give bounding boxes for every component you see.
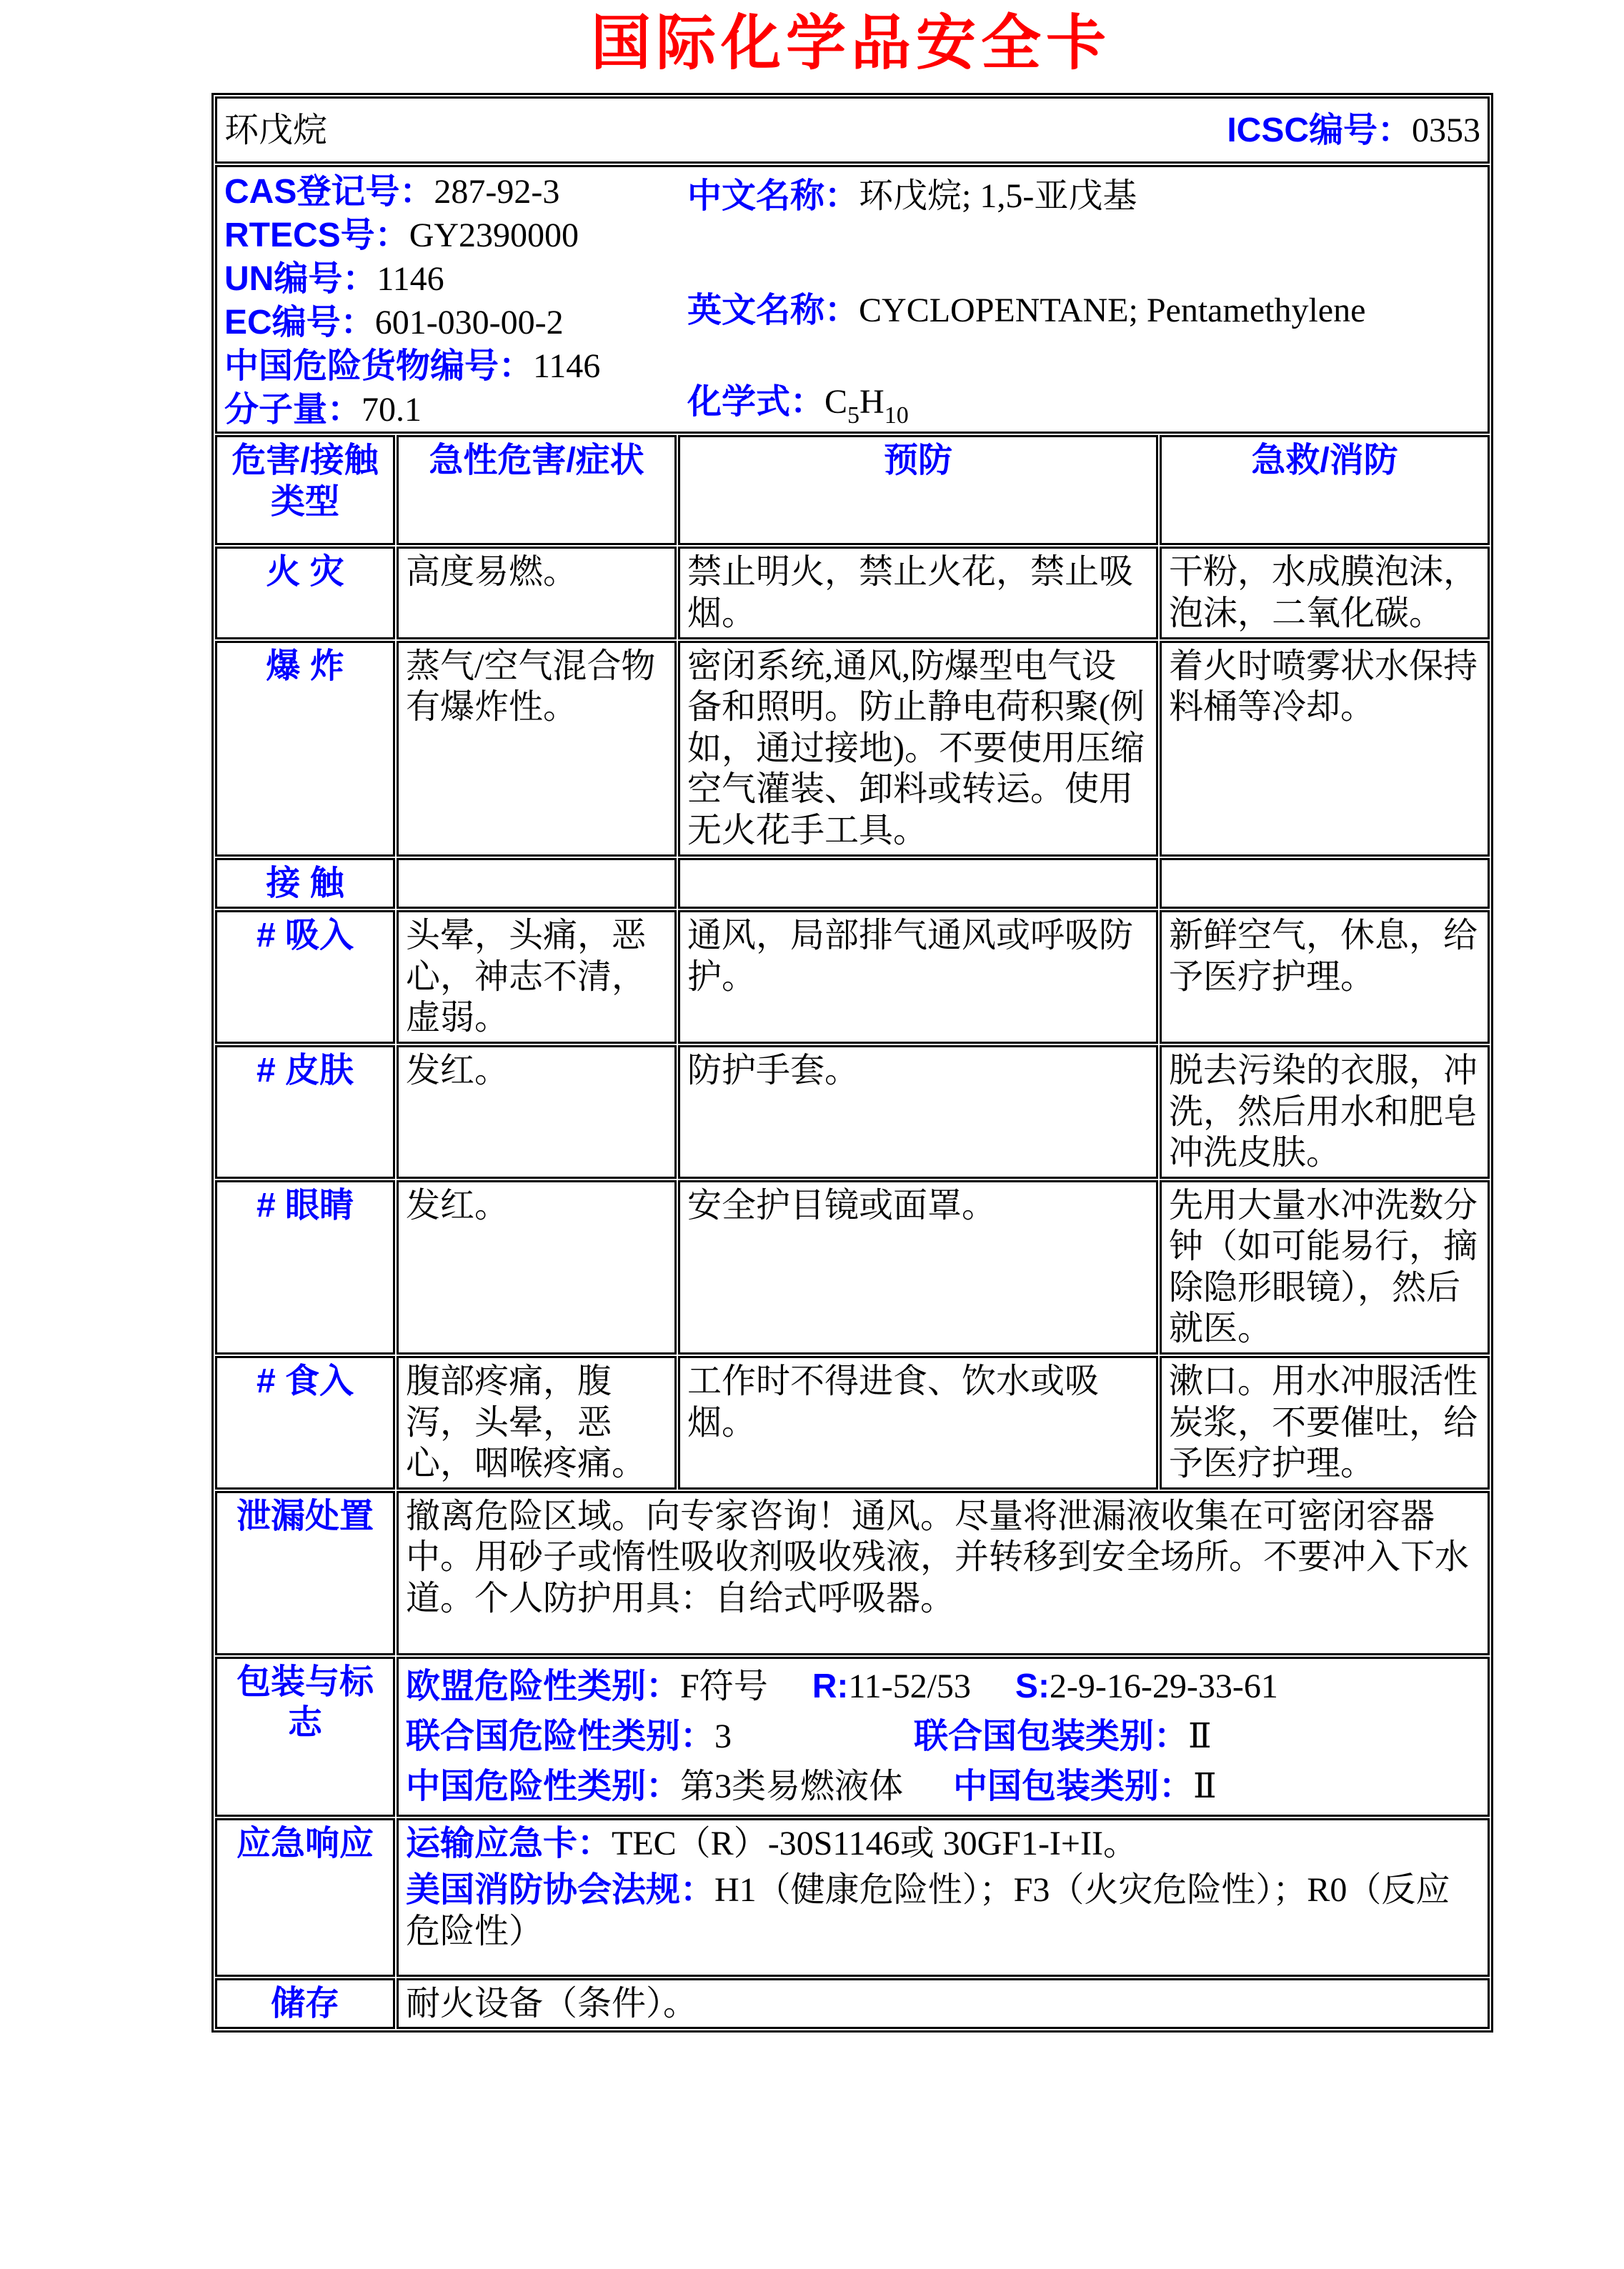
molecular-weight-value: 70.1 [362, 389, 422, 431]
r-phrases-label: R: [812, 1666, 849, 1707]
hazard-row-fire: 火 灾 高度易燃。 禁止明火，禁止火花，禁止吸烟。 干粉，水成膜泡沫，泡沫，二氧… [215, 547, 1490, 639]
un-number-value: 1146 [377, 259, 444, 300]
icsc-number: ICSC编号：0353 [1227, 110, 1480, 151]
hazard-header-row: 危害/接触 类型 急性危害/症状 预防 急救/消防 [215, 435, 1490, 545]
chinese-name-label: 中文名称： [687, 177, 859, 215]
emergency-response-label: 应急响应 [215, 1818, 395, 1977]
transport-emergency-card-label: 运输应急卡： [406, 1825, 612, 1862]
fire-symptoms: 高度易燃。 [397, 547, 677, 639]
rtecs-number-value: GY2390000 [409, 215, 579, 256]
transport-emergency-card-line: 运输应急卡：TEC（R）-30S1146或 30GF1-I+II。 [406, 1823, 1480, 1865]
storage-row: 储存 耐火设备（条件）。 [215, 1978, 1490, 2030]
exposure-prevention [678, 858, 1158, 909]
rtecs-number-label: RTECS号： [224, 215, 409, 256]
cas-number-value: 287-92-3 [434, 171, 559, 213]
identification-row: CAS登记号：287-92-3 RTECS号：GY2390000 UN编号：11… [215, 165, 1490, 434]
english-name-line: 英文名称：CYCLOPENTANE; Pentamethylene [687, 290, 1365, 331]
china-packing-group-value: Ⅱ [1193, 1766, 1217, 1807]
ingestion-symptoms: 腹部疼痛，腹泻，头晕，恶心，咽喉疼痛。 [397, 1356, 677, 1490]
china-dg-number-label: 中国危险货物编号： [224, 346, 533, 387]
icsc-number-value: 0353 [1412, 111, 1480, 149]
emergency-response-content: 运输应急卡：TEC（R）-30S1146或 30GF1-I+II。 美国消防协会… [397, 1818, 1490, 1977]
inhalation-row-label: # 吸入 [215, 910, 395, 1044]
nfpa-code-label: 美国消防协会法规： [406, 1871, 714, 1909]
english-name-value: CYCLOPENTANE; Pentamethylene [859, 291, 1365, 329]
chemical-formula-label: 化学式： [687, 383, 825, 421]
china-dg-number-value: 1146 [533, 346, 600, 387]
rtecs-number-line: RTECS号：GY2390000 [224, 214, 1480, 257]
fire-row-label: 火 灾 [215, 547, 395, 639]
formula-h: H [860, 383, 885, 421]
explosion-row-label: 爆 炸 [215, 641, 395, 857]
fire-prevention: 禁止明火，禁止火花，禁止吸烟。 [678, 547, 1158, 639]
eyes-response: 先用大量水冲洗数分钟（如可能易行，摘除隐形眼镜），然后就医。 [1160, 1180, 1490, 1355]
exposure-symptoms [397, 858, 677, 909]
hazard-row-inhalation: # 吸入 头晕，头痛，恶心，神志不清，虚弱。 通风，局部排气通风或呼吸防护。 新… [215, 910, 1490, 1044]
skin-symptoms: 发红。 [397, 1045, 677, 1179]
eu-hazard-line: 欧盟危险性类别：F符号R:11-52/53S:2-9-16-29-33-61 [406, 1662, 1480, 1712]
hazard-row-exposure: 接 触 [215, 858, 1490, 909]
explosion-symptoms: 蒸气/空气混合物有爆炸性。 [397, 641, 677, 857]
spill-handling-text: 撤离危险区域。向专家咨询！通风。尽量将泄漏液收集在可密闭容器中。用砂子或惰性吸收… [397, 1491, 1490, 1655]
nfpa-code-line: 美国消防协会法规：H1（健康危险性）；F3（火灾危险性）；R0（反应危险性） [406, 1870, 1480, 1952]
page-title: 国际化学品安全卡 [211, 10, 1490, 76]
s-phrases-value: 2-9-16-29-33-61 [1050, 1666, 1278, 1707]
hazard-header-prevention: 预防 [678, 435, 1158, 545]
skin-row-label: # 皮肤 [215, 1045, 395, 1179]
formula-c: C [825, 383, 847, 421]
chinese-name-line: 中文名称：环戊烷; 1,5-亚戊基 [687, 176, 1137, 217]
eyes-prevention: 安全护目镜或面罩。 [678, 1180, 1158, 1355]
eu-hazard-class-label: 欧盟危险性类别： [406, 1666, 680, 1707]
skin-response: 脱去污染的衣服，冲洗，然后用水和肥皂冲洗皮肤。 [1160, 1045, 1490, 1179]
inhalation-prevention: 通风，局部排气通风或呼吸防护。 [678, 910, 1158, 1044]
china-hazard-class-label: 中国危险性类别： [406, 1766, 680, 1807]
identification-cell: CAS登记号：287-92-3 RTECS号：GY2390000 UN编号：11… [215, 165, 1490, 434]
hazard-row-explosion: 爆 炸 蒸气/空气混合物有爆炸性。 密闭系统,通风,防爆型电气设备和照明。防止静… [215, 641, 1490, 857]
inhalation-response: 新鲜空气，休息，给予医疗护理。 [1160, 910, 1490, 1044]
icsc-card-table: 环戊烷 ICSC编号：0353 CAS登记号：287-92-3 RTECS号：G… [211, 93, 1493, 2033]
hazard-header-type: 危害/接触 类型 [215, 435, 395, 545]
exposure-row-label: 接 触 [215, 858, 395, 909]
icsc-number-label: ICSC编号： [1227, 111, 1412, 149]
cas-number-label: CAS登记号： [224, 171, 434, 213]
ingestion-response: 漱口。用水冲服活性炭浆，不要催吐，给予医疗护理。 [1160, 1356, 1490, 1490]
un-hazard-class-label: 联合国危险性类别： [406, 1716, 714, 1757]
un-hazard-line: 联合国危险性类别：3联合国包装类别：Ⅱ [406, 1712, 1480, 1762]
eyes-row-label: # 眼睛 [215, 1180, 395, 1355]
r-phrases-value: 11-52/53 [848, 1666, 971, 1707]
explosion-response: 着火时喷雾状水保持料桶等冷却。 [1160, 641, 1490, 857]
s-phrases-label: S: [1015, 1666, 1050, 1707]
inhalation-symptoms: 头晕，头痛，恶心，神志不清，虚弱。 [397, 910, 677, 1044]
spill-handling-label: 泄漏处置 [215, 1491, 395, 1655]
ingestion-prevention: 工作时不得进食、饮水或吸烟。 [678, 1356, 1158, 1490]
chinese-name-value: 环戊烷; 1,5-亚戊基 [859, 177, 1137, 215]
un-packing-group-label: 联合国包装类别： [914, 1716, 1188, 1757]
emergency-response-row: 应急响应 运输应急卡：TEC（R）-30S1146或 30GF1-I+II。 美… [215, 1818, 1490, 1977]
skin-prevention: 防护手套。 [678, 1045, 1158, 1179]
ingestion-row-label: # 食入 [215, 1356, 395, 1490]
molecular-weight-label: 分子量： [224, 389, 362, 431]
china-hazard-line: 中国危险性类别：第3类易燃液体中国包装类别：Ⅱ [406, 1762, 1480, 1812]
transport-emergency-card-value: TEC（R）-30S1146或 30GF1-I+II。 [612, 1825, 1137, 1862]
storage-label: 储存 [215, 1978, 395, 2030]
storage-text: 耐火设备（条件）。 [397, 1978, 1490, 2030]
explosion-prevention: 密闭系统,通风,防爆型电气设备和照明。防止静电荷积聚(例如，通过接地)。不要使用… [678, 641, 1158, 857]
spill-handling-row: 泄漏处置 撤离危险区域。向专家咨询！通风。尽量将泄漏液收集在可密闭容器中。用砂子… [215, 1491, 1490, 1655]
chemical-formula-line: 化学式：C5H10 [687, 382, 909, 423]
formula-c-subscript: 5 [847, 402, 860, 429]
english-name-label: 英文名称： [687, 291, 859, 329]
substance-name: 环戊烷 [224, 110, 327, 151]
chemical-formula-value: C5H10 [825, 383, 909, 421]
eu-hazard-class-value: F符号 [680, 1666, 768, 1707]
substance-header-row: 环戊烷 ICSC编号：0353 [215, 96, 1490, 164]
china-packing-group-label: 中国包装类别： [953, 1766, 1193, 1807]
eyes-symptoms: 发红。 [397, 1180, 677, 1355]
hazard-header-response: 急救/消防 [1160, 435, 1490, 545]
hazard-row-ingestion: # 食入 腹部疼痛，腹泻，头晕，恶心，咽喉疼痛。 工作时不得进食、饮水或吸烟。 … [215, 1356, 1490, 1490]
fire-response: 干粉，水成膜泡沫，泡沫，二氧化碳。 [1160, 547, 1490, 639]
china-hazard-class-value: 第3类易燃液体 [680, 1766, 903, 1807]
un-packing-group-value: Ⅱ [1188, 1716, 1212, 1757]
exposure-response [1160, 858, 1490, 909]
hazard-row-skin: # 皮肤 发红。 防护手套。 脱去污染的衣服，冲洗，然后用水和肥皂冲洗皮肤。 [215, 1045, 1490, 1179]
formula-h-subscript: 10 [885, 402, 909, 429]
packaging-row: 包装与标志 欧盟危险性类别：F符号R:11-52/53S:2-9-16-29-3… [215, 1657, 1490, 1817]
substance-header-cell: 环戊烷 ICSC编号：0353 [215, 96, 1490, 164]
hazard-header-symptoms: 急性危害/症状 [397, 435, 677, 545]
ec-number-label: EC编号： [224, 302, 375, 344]
packaging-label: 包装与标志 [215, 1657, 395, 1817]
un-hazard-class-value: 3 [714, 1716, 732, 1757]
ec-number-value: 601-030-00-2 [375, 302, 564, 344]
packaging-content: 欧盟危险性类别：F符号R:11-52/53S:2-9-16-29-33-61 联… [397, 1657, 1490, 1817]
hazard-row-eyes: # 眼睛 发红。 安全护目镜或面罩。 先用大量水冲洗数分钟（如可能易行，摘除隐形… [215, 1180, 1490, 1355]
un-number-label: UN编号： [224, 259, 377, 300]
